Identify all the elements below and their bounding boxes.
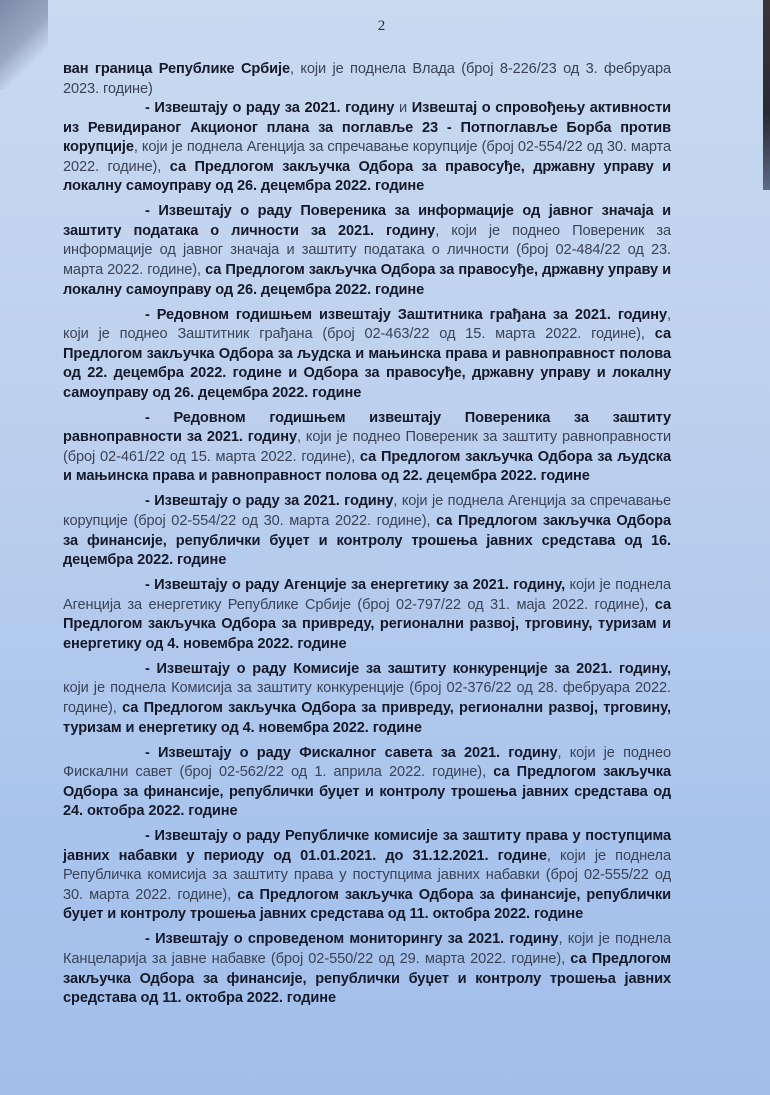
bold-text: - Извештају о раду Фискалног савета за 2… bbox=[145, 745, 557, 761]
regular-text: и bbox=[399, 100, 412, 116]
bold-text: - Извештају о раду Комисије за заштиту к… bbox=[145, 661, 671, 677]
page-number: 2 bbox=[0, 18, 763, 35]
bold-text: - Редовном годишњем извештају Заштитника… bbox=[145, 307, 667, 323]
bold-text: - Извештају о спроведеном мониторингу за… bbox=[145, 931, 558, 947]
report-item: - Извештају о раду за 2021. годину и Изв… bbox=[63, 99, 671, 197]
bold-text: - Извештају о раду Агенције за енергетик… bbox=[145, 577, 565, 593]
report-item: - Извештају о раду Републичке комисије з… bbox=[63, 827, 671, 925]
bold-text: - Извештају о раду за 2021. годину bbox=[145, 100, 399, 116]
report-item: - Извештају о раду Повереника за информа… bbox=[63, 202, 671, 300]
report-item: - Извештају о раду Агенције за енергетик… bbox=[63, 576, 671, 654]
bold-text: ван граница Републике Србије bbox=[63, 61, 290, 77]
report-item: - Извештају о раду за 2021. годину, који… bbox=[63, 492, 671, 570]
document-body: ван граница Републике Србије, који је по… bbox=[63, 60, 671, 1014]
background-edge bbox=[763, 0, 770, 190]
report-item: - Извештају о спроведеном мониторингу за… bbox=[63, 930, 671, 1008]
document-page: 2 ван граница Републике Србије, који је … bbox=[0, 0, 763, 1095]
bold-text: са Предлогом закључка Одбора за привреду… bbox=[63, 700, 671, 736]
report-item: - Редовном годишњем извештају Повереника… bbox=[63, 409, 671, 487]
report-item: - Извештају о раду Фискалног савета за 2… bbox=[63, 744, 671, 822]
report-item: - Редовном годишњем извештају Заштитника… bbox=[63, 306, 671, 404]
continuation-paragraph: ван граница Републике Србије, који је по… bbox=[63, 60, 671, 99]
report-item: - Извештају о раду Комисије за заштиту к… bbox=[63, 660, 671, 738]
bold-text: - Извештају о раду за 2021. годину bbox=[145, 493, 393, 509]
